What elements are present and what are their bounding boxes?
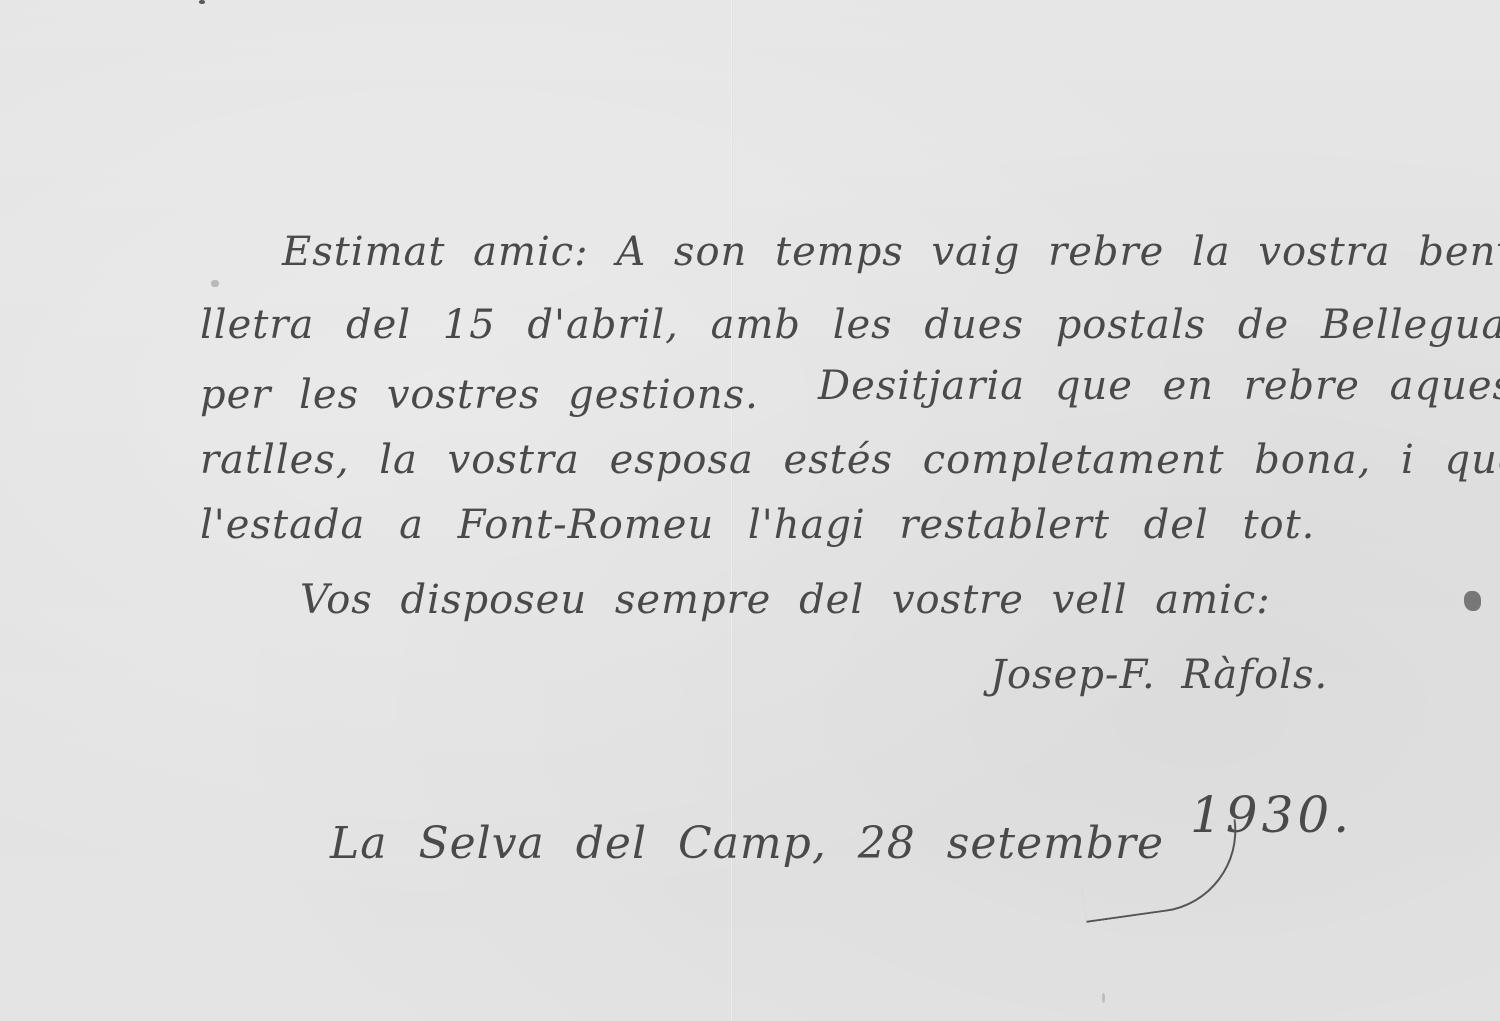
- letter-line: per les vostres gestions.: [200, 375, 759, 415]
- letter-line: lletra del 15 d'abril, amb les dues post…: [200, 305, 1500, 345]
- letter-paper: Estimat amic: A son temps vaig rebre la …: [0, 0, 1500, 1021]
- letter-line: ratlles, la vostra esposa estés completa…: [200, 440, 1500, 480]
- letter-line-salutation: Estimat amic: A son temps vaig rebre la …: [282, 232, 1500, 272]
- ink-speck: [211, 280, 219, 287]
- letter-line-closing: Vos disposeu sempre del vostre vell amic…: [300, 580, 1271, 620]
- ink-blot: [1464, 591, 1481, 611]
- place-date: La Selva del Camp, 28 setembre: [330, 822, 1164, 866]
- letter-line: l'estada a Font-Romeu l'hagi restablert …: [200, 505, 1315, 545]
- ink-speck: [199, 0, 205, 4]
- letter-line: Desitjaria que en rebre aquestes: [818, 366, 1500, 406]
- paper-mark: [1102, 993, 1105, 1003]
- signature: Josep-F. Ràfols.: [990, 655, 1328, 695]
